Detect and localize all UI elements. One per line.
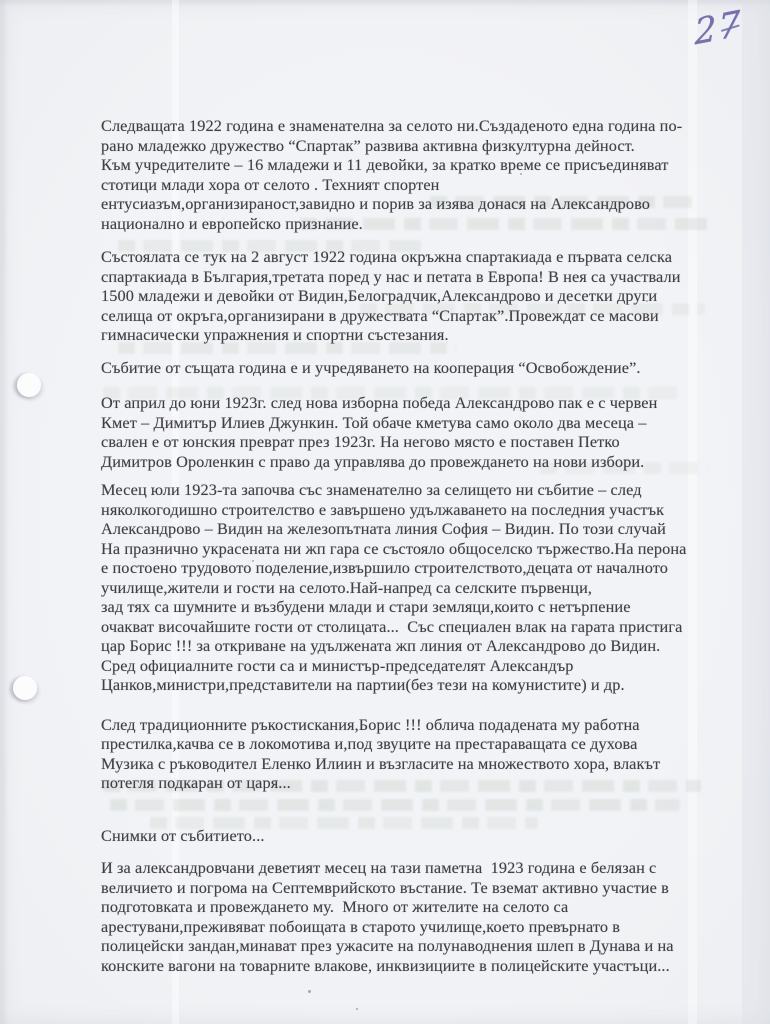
paragraph: Състоялата се тук на 2 август 1922 годин… [101, 247, 746, 345]
paragraph: Снимки от събитието... [101, 826, 746, 846]
scan-speck [646, 300, 648, 302]
page-number-text: 27 [694, 4, 742, 54]
scan-streak [742, 0, 770, 1024]
scan-speck [356, 1008, 358, 1010]
typed-text-block: Следващата 1922 година е знаменателна за… [101, 116, 746, 975]
scan-speck [252, 560, 254, 562]
punch-hole-bottom [13, 676, 37, 700]
paragraph: След традиционните ръкостискания,Борис !… [101, 715, 746, 793]
scan-speck [520, 173, 522, 175]
paragraph: Месец юли 1923-та започва със знаменател… [101, 480, 746, 695]
scan-speck [308, 990, 311, 993]
punch-hole-top [17, 373, 41, 397]
handwritten-page-number: 27 [694, 2, 748, 59]
paragraph: И за александровчани деветият месец на т… [101, 858, 746, 975]
paragraph: Следващата 1922 година е знаменателна за… [101, 116, 746, 233]
scanned-document-page: 27 Следващата 1922 година е знаменателна… [0, 0, 770, 1024]
paragraph: От април до юни 1923г. след нова изборна… [101, 393, 746, 471]
scan-speck [148, 969, 150, 971]
paragraph: Събитие от същата година е и учредяванет… [101, 358, 746, 378]
